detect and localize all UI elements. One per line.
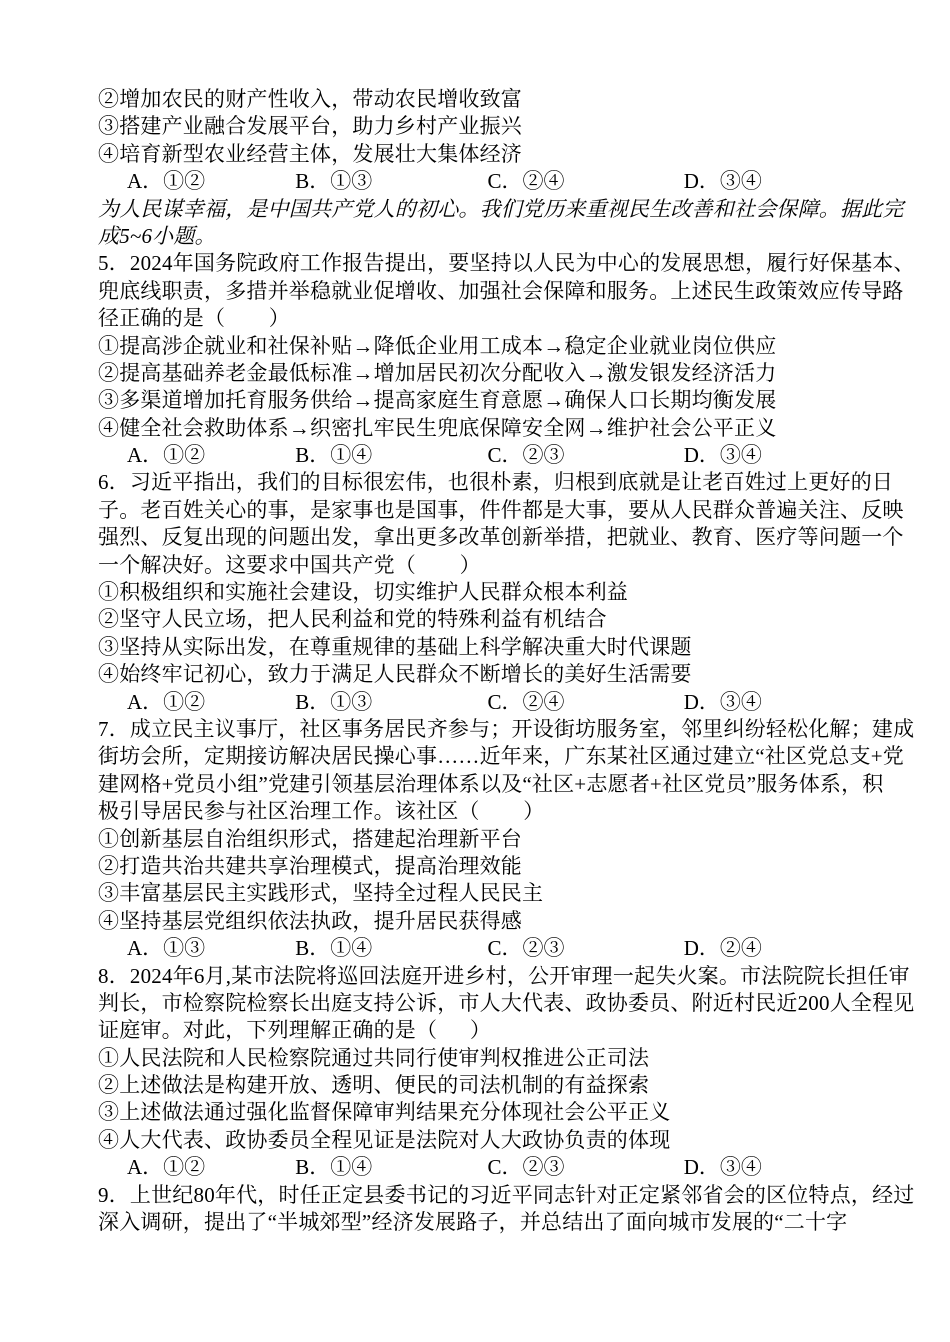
q7-stem-line: 街坊会所，定期接访解决居民操心事……近年来，广东某社区通过建立“社区党总支+党 bbox=[98, 743, 842, 770]
q4-option-a: A．①② bbox=[127, 168, 290, 195]
question-4-tail: ②增加农民的财产性收入，带动农民增收致富 ③搭建产业融合发展平台，助力乡村产业振… bbox=[98, 86, 842, 196]
q5-options-row: A．①② B．①④ C．②③ D．③④ bbox=[98, 442, 842, 469]
q8-stem-line: 8．2024年6月,某市法院将巡回法庭开进乡村，公开审理一起失火案。市法院院长担… bbox=[98, 963, 842, 990]
q8-option-c: C．②③ bbox=[488, 1154, 679, 1181]
q5-item: ③多渠道增加托育服务供给→提高家庭生育意愿→确保人口长期均衡发展 bbox=[98, 387, 842, 414]
q6-option-b: B．①③ bbox=[295, 689, 482, 716]
q5-item: ②提高基础养老金最低标准→增加居民初次分配收入→激发银发经济活力 bbox=[98, 360, 842, 387]
q8-options-row: A．①② B．①④ C．②③ D．③④ bbox=[98, 1154, 842, 1181]
q5-option-b: B．①④ bbox=[295, 442, 482, 469]
q5-stem-line: 5．2024年国务院政府工作报告提出，要坚持以人民为中心的发展思想，履行好保基本… bbox=[98, 250, 842, 277]
q6-stem-line: 6．习近平指出，我们的目标很宏伟，也很朴素，归根到底就是让老百姓过上更好的日 bbox=[98, 469, 842, 496]
q7-stem-line: 极引导居民参与社区治理工作。该社区（ ） bbox=[98, 798, 842, 825]
q7-item: ①创新基层自治组织形式，搭建起治理新平台 bbox=[98, 826, 842, 853]
q7-item: ④坚持基层党组织依法执政，提升居民获得感 bbox=[98, 908, 842, 935]
q7-stem-line: 7．成立民主议事厅，社区事务居民齐参与；开设街坊服务室，邻里纠纷轻松化解；建成 bbox=[98, 716, 842, 743]
intro-note-line: 为人民谋幸福，是中国共产党人的初心。我们党历来重视民生改善和社会保障。据此完 bbox=[98, 196, 842, 223]
q8-item: ②上述做法是构建开放、透明、便民的司法机制的有益探索 bbox=[98, 1072, 842, 1099]
q5-item: ④健全社会救助体系→织密扎牢民生兜底保障安全网→维护社会公平正义 bbox=[98, 415, 842, 442]
q5-option-a: A．①② bbox=[127, 442, 290, 469]
q7-option-c: C．②③ bbox=[488, 935, 679, 962]
q4-option-b: B．①③ bbox=[295, 168, 482, 195]
question-8: 8．2024年6月,某市法院将巡回法庭开进乡村，公开审理一起失火案。市法院院长担… bbox=[98, 963, 842, 1182]
q7-item: ②打造共治共建共享治理模式，提高治理效能 bbox=[98, 853, 842, 880]
q5-stem-line: 径正确的是（ ） bbox=[98, 305, 842, 332]
q9-stem-line: 深入调研，提出了“半城郊型”经济发展路子，并总结出了面向城市发展的“二十字 bbox=[98, 1209, 842, 1236]
q8-item: ④人大代表、政协委员全程见证是法院对人大政协负责的体现 bbox=[98, 1127, 842, 1154]
exam-page: ②增加农民的财产性收入，带动农民增收致富 ③搭建产业融合发展平台，助力乡村产业振… bbox=[98, 86, 842, 1236]
q6-option-c: C．②④ bbox=[488, 689, 679, 716]
question-9: 9．上世纪80年代，时任正定县委书记的习近平同志针对正定紧邻省会的区位特点，经过… bbox=[98, 1182, 842, 1237]
q6-stem-line: 一个解决好。这要求中国共产党（ ） bbox=[98, 552, 842, 579]
q8-stem-line: 判长，市检察院检察长出庭支持公诉，市人大代表、政协委员、附近村民近200人全程见 bbox=[98, 990, 842, 1017]
q8-option-d: D．③④ bbox=[684, 1154, 762, 1181]
q6-item: ③坚持从实际出发，在尊重规律的基础上科学解决重大时代课题 bbox=[98, 634, 842, 661]
q8-item: ③上述做法通过强化监督保障审判结果充分体现社会公平正义 bbox=[98, 1099, 842, 1126]
question-5: 5．2024年国务院政府工作报告提出，要坚持以人民为中心的发展思想，履行好保基本… bbox=[98, 250, 842, 469]
q4-option-d: D．③④ bbox=[684, 168, 762, 195]
intro-note-5-6: 为人民谋幸福，是中国共产党人的初心。我们党历来重视民生改善和社会保障。据此完 成… bbox=[98, 196, 842, 251]
q7-options-row: A．①③ B．①④ C．②③ D．②④ bbox=[98, 935, 842, 962]
q4-item: ③搭建产业融合发展平台，助力乡村产业振兴 bbox=[98, 113, 842, 140]
q7-option-b: B．①④ bbox=[295, 935, 482, 962]
q5-option-c: C．②③ bbox=[488, 442, 679, 469]
q6-option-d: D．③④ bbox=[684, 689, 762, 716]
q6-stem-line: 子。老百姓关心的事，是家事也是国事，件件都是大事，要从人民群众普遍关注、反映 bbox=[98, 497, 842, 524]
question-7: 7．成立民主议事厅，社区事务居民齐参与；开设街坊服务室，邻里纠纷轻松化解；建成 … bbox=[98, 716, 842, 963]
intro-note-line: 成5~6小题。 bbox=[98, 223, 842, 250]
q6-item: ①积极组织和实施社会建设，切实维护人民群众根本利益 bbox=[98, 579, 842, 606]
q4-item: ④培育新型农业经营主体，发展壮大集体经济 bbox=[98, 141, 842, 168]
q8-option-b: B．①④ bbox=[295, 1154, 482, 1181]
q6-option-a: A．①② bbox=[127, 689, 290, 716]
question-6: 6．习近平指出，我们的目标很宏伟，也很朴素，归根到底就是让老百姓过上更好的日 子… bbox=[98, 469, 842, 716]
q7-stem-line: 建网格+党员小组”党建引领基层治理体系以及“社区+志愿者+社区党员”服务体系，积 bbox=[98, 771, 842, 798]
q4-option-c: C．②④ bbox=[488, 168, 679, 195]
q5-item: ①提高涉企就业和社保补贴→降低企业用工成本→稳定企业就业岗位供应 bbox=[98, 333, 842, 360]
q4-options-row: A．①② B．①③ C．②④ D．③④ bbox=[98, 168, 842, 195]
q6-stem-line: 强烈、反复出现的问题出发，拿出更多改革创新举措，把就业、教育、医疗等问题一个 bbox=[98, 524, 842, 551]
q4-item: ②增加农民的财产性收入，带动农民增收致富 bbox=[98, 86, 842, 113]
q7-option-d: D．②④ bbox=[684, 935, 762, 962]
q6-options-row: A．①② B．①③ C．②④ D．③④ bbox=[98, 689, 842, 716]
q8-item: ①人民法院和人民检察院通过共同行使审判权推进公正司法 bbox=[98, 1045, 842, 1072]
q7-item: ③丰富基层民主实践形式，坚持全过程人民民主 bbox=[98, 880, 842, 907]
q7-option-a: A．①③ bbox=[127, 935, 290, 962]
q5-stem-line: 兜底线职责，多措并举稳就业促增收、加强社会保障和服务。上述民生政策效应传导路 bbox=[98, 278, 842, 305]
q6-item: ②坚守人民立场，把人民利益和党的特殊利益有机结合 bbox=[98, 606, 842, 633]
q8-option-a: A．①② bbox=[127, 1154, 290, 1181]
q6-item: ④始终牢记初心，致力于满足人民群众不断增长的美好生活需要 bbox=[98, 661, 842, 688]
q5-option-d: D．③④ bbox=[684, 442, 762, 469]
q9-stem-line: 9．上世纪80年代，时任正定县委书记的习近平同志针对正定紧邻省会的区位特点，经过 bbox=[98, 1182, 842, 1209]
q8-stem-line: 证庭审。对此，下列理解正确的是（ ） bbox=[98, 1017, 842, 1044]
